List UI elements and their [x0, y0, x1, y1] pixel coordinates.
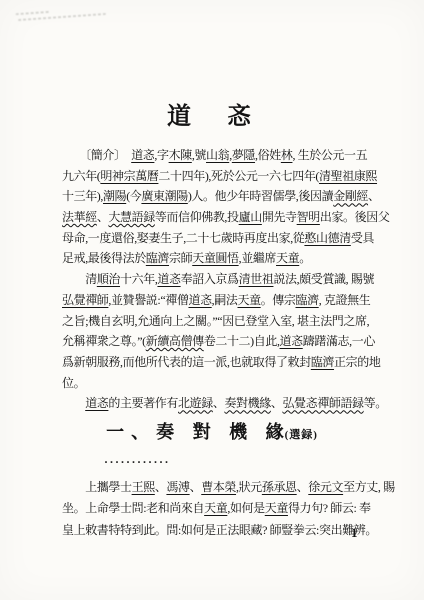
text-line: 清順治十六年,道忞奉詔入京爲清世祖説法,頗受賞識, 賜號: [62, 269, 389, 290]
text-line: 足戒,最後得法於臨濟宗師天童圓悟,並繼席天童。: [62, 248, 389, 269]
text-line: 母命,一度還俗,娶妻生子,二十七歲時再度出家,從憨山德清受具: [62, 228, 389, 249]
scan-smudge-mark: [16, 7, 109, 27]
text-line: 道忞的主要著作有北遊録、奏對機緣、弘覺忞禪師語録等。: [62, 393, 389, 414]
chapter-title: 道 忞: [0, 96, 424, 131]
page-number: 1: [351, 525, 358, 541]
omission-ellipsis: ············: [104, 455, 170, 470]
quote-paragraph: 上攜學士王熙、馮溥、曹本榮,狀元孫承恩、徐元文至方丈, 賜坐。上命學士問:老和尚…: [62, 477, 395, 541]
intro-paragraph: 〔簡介〕 道忞,字木陳,號山翁,夢隱,俗姓林, 生於公元一五九六年(明神宗萬曆二…: [62, 145, 389, 414]
section-heading-text: 一、奏 對 機 緣: [106, 422, 291, 442]
text-line: 上攜學士王熙、馮溥、曹本榮,狀元孫承恩、徐元文至方丈, 賜: [62, 477, 395, 498]
text-line: 之旨;機自玄明,允通向上之關。”“因已登堂入室, 堪主法門之席,: [62, 311, 389, 332]
text-line: 九六年(明神宗萬曆二十四年),死於公元一六七四年(清聖祖康熙: [62, 166, 389, 187]
text-line: 爲新朝服務,而他所代表的這一派,也就取得了敕封臨濟正宗的地: [62, 352, 389, 373]
text-line: 位。: [62, 373, 389, 394]
section-heading-note: (選録): [285, 429, 318, 441]
text-line: 弘覺禪師,並贊譽説:“禪僧道忞,嗣法天童。傳宗臨濟, 克證無生: [62, 290, 389, 311]
text-line: 允稱禪衆之尊。”(新續高僧傳卷二十二)自此,道忞躊躇滿志,一心: [62, 331, 389, 352]
text-line: 皇上敕書特特到此。問:如何是正法眼藏? 師豎拳云:突出難辨。: [62, 520, 395, 541]
text-line: 十三年),潮陽(今廣東潮陽)人。他少年時習儒學,後因讀金剛經、: [62, 186, 389, 207]
book-page: 道 忞 〔簡介〕 道忞,字木陳,號山翁,夢隱,俗姓林, 生於公元一五九六年(明神…: [0, 0, 424, 600]
text-line: 法華經、大慧語録等而信仰佛教,投廬山開先寺智明出家。後因父: [62, 207, 389, 228]
text-line: 坐。上命學士問:老和尚來自天童,如何是天童得力句? 師云: 奉: [62, 498, 395, 519]
text-line: 〔簡介〕 道忞,字木陳,號山翁,夢隱,俗姓林, 生於公元一五: [62, 145, 389, 166]
section-heading: 一、奏 對 機 緣(選録): [0, 418, 424, 444]
